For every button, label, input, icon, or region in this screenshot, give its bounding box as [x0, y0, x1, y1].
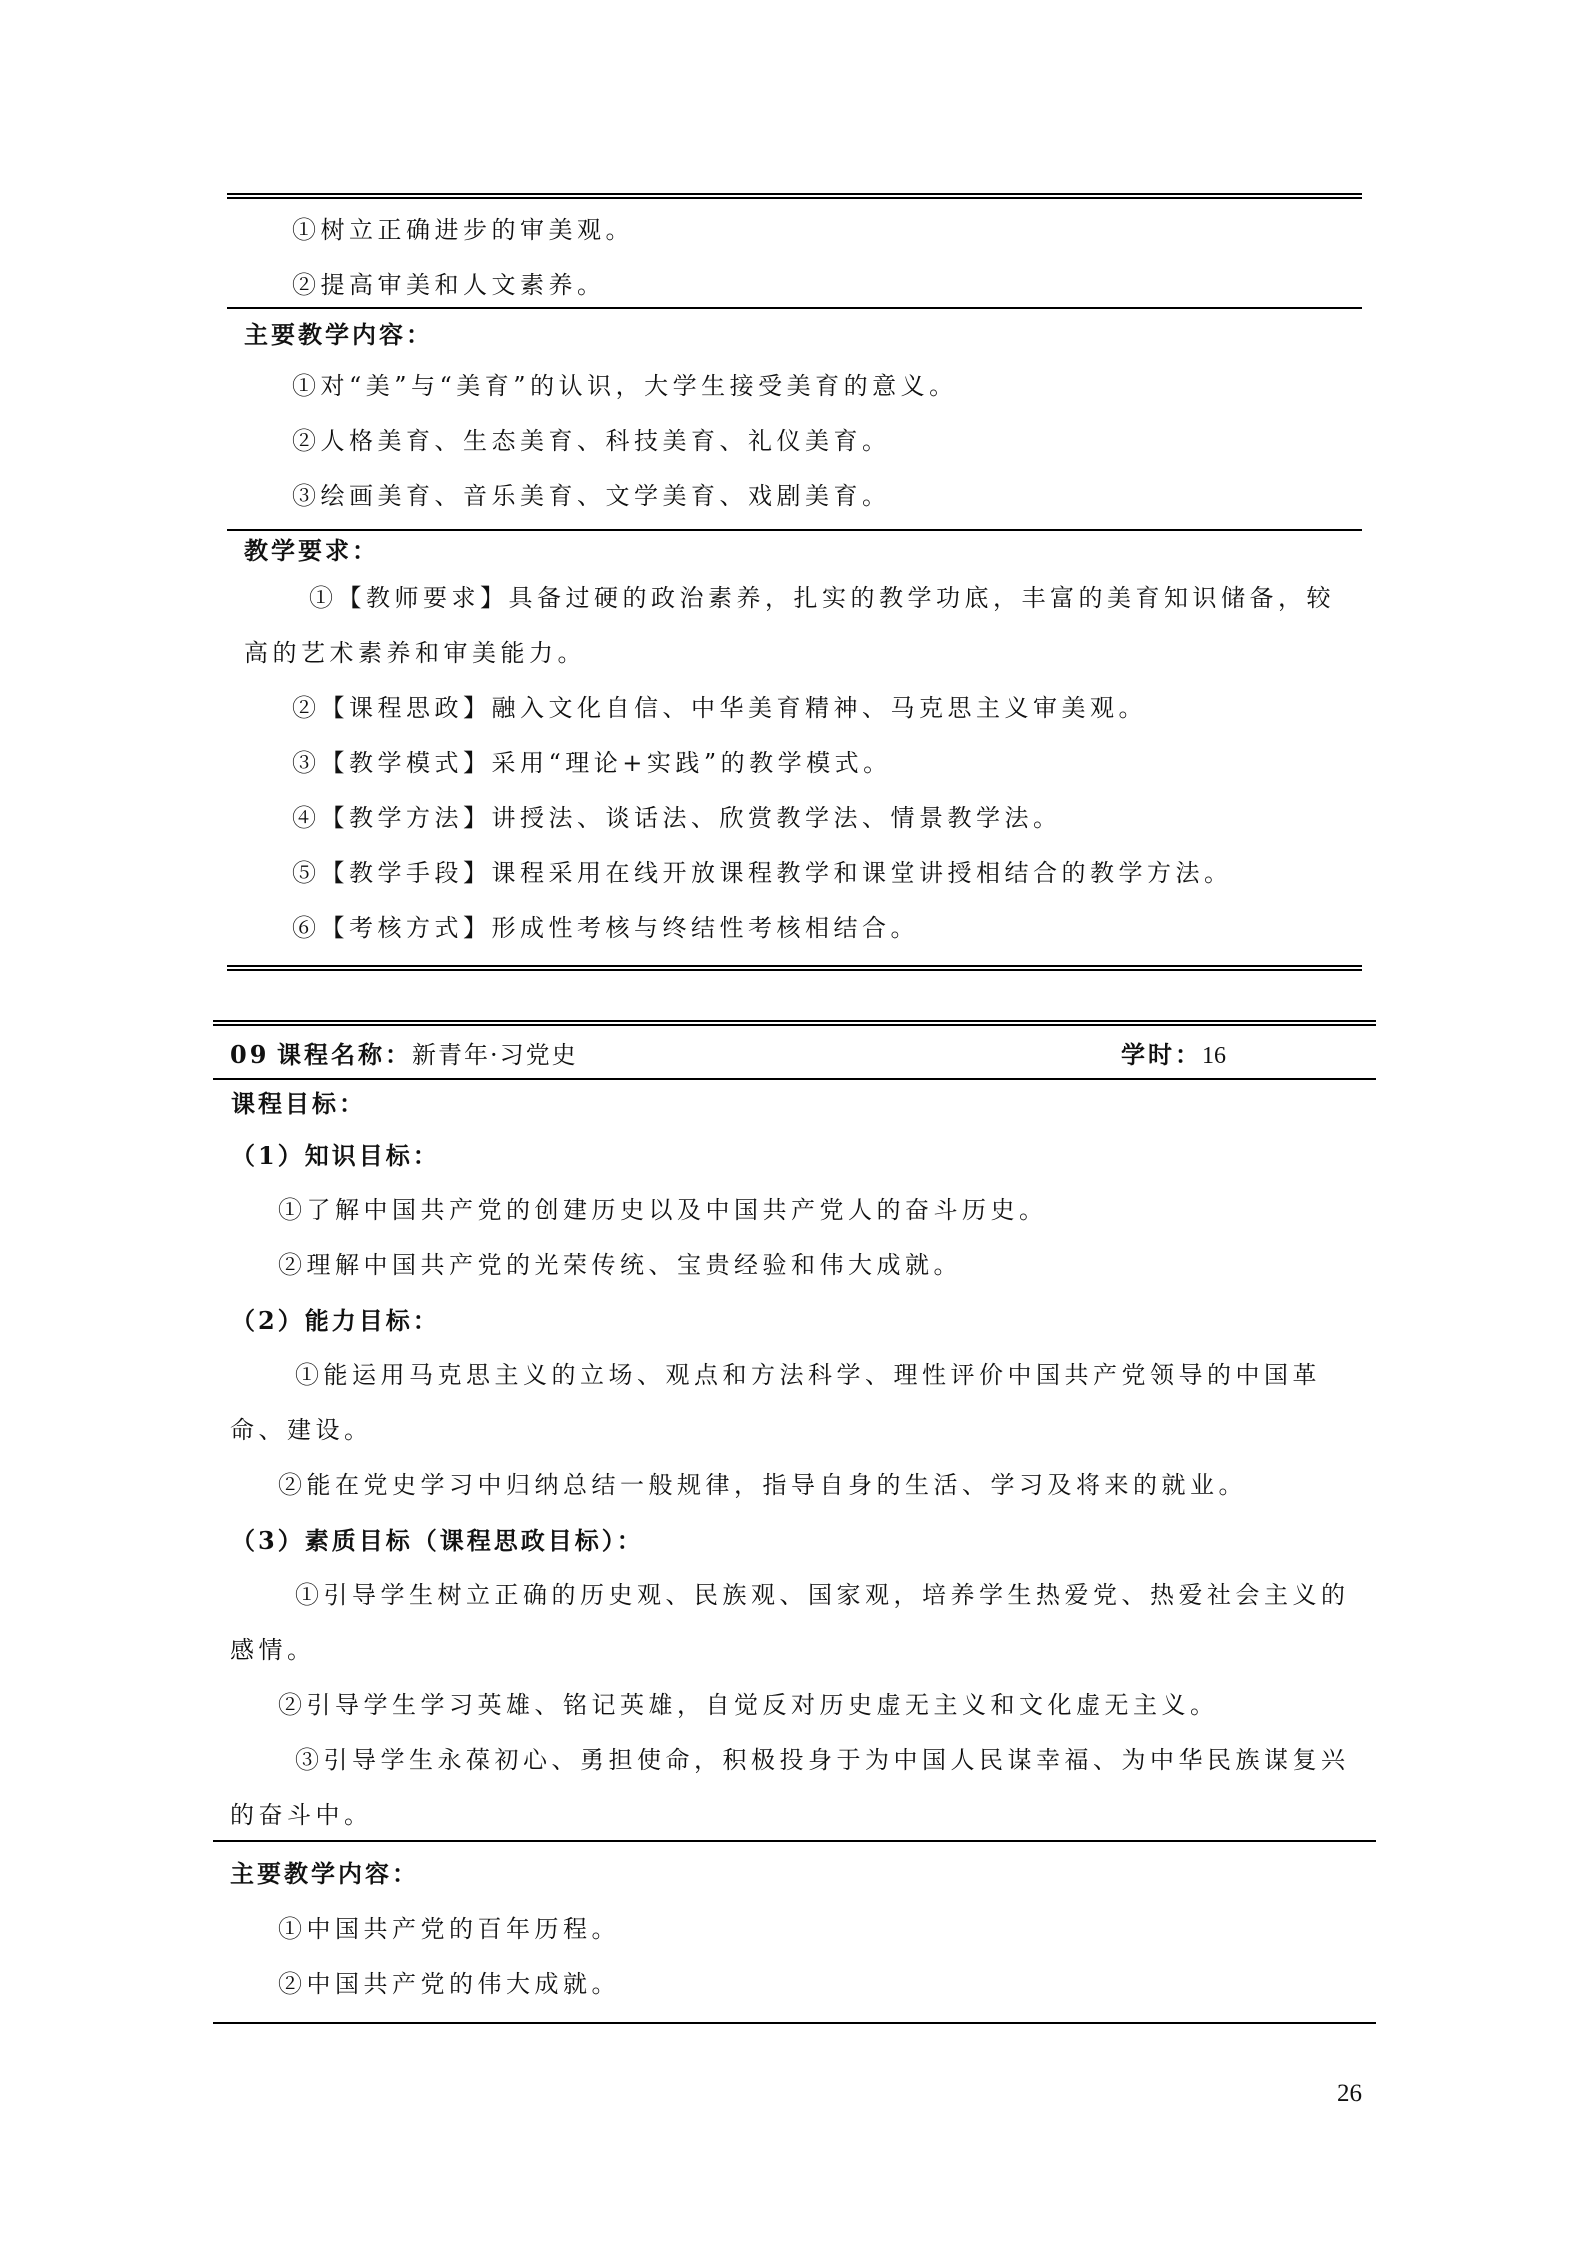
page-number: 26 — [1337, 2080, 1362, 2108]
course-09-table: 09 课程名称：新青年·习党史 学时：16 课程目标： （1）知识目标： ①了解… — [213, 1020, 1376, 2024]
ability-item: ①能运用马克思主义的立场、观点和方法科学、理性评价中国共产党领导的中国革命、建设… — [213, 1348, 1376, 1458]
requirement-item: ⑥【考核方式】形成性考核与终结性考核相结合。 — [227, 901, 1362, 956]
content-item: ③绘画美育、音乐美育、文学美育、戏剧美育。 — [227, 469, 1362, 524]
hours-label: 学时： — [1121, 1040, 1202, 1069]
knowledge-item: ②理解中国共产党的光荣传统、宝贵经验和伟大成就。 — [213, 1238, 1376, 1293]
requirements-section: 教学要求： ①【教师要求】具备过硬的政治素养，扎实的教学功底，丰富的美育知识储备… — [227, 531, 1362, 965]
course-name-value: 新青年·习党史 — [412, 1041, 578, 1069]
section-label: 教学要求： — [227, 531, 1362, 571]
knowledge-item: ①了解中国共产党的创建历史以及中国共产党人的奋斗历史。 — [213, 1183, 1376, 1238]
content-item: ①对“美”与“美育”的认识，大学生接受美育的意义。 — [227, 359, 1362, 414]
content-item: ②中国共产党的伟大成就。 — [213, 1957, 1376, 2012]
table-bottom-rule — [227, 965, 1362, 971]
hours-value: 16 — [1202, 1043, 1226, 1069]
course-08-table: ①树立正确进步的审美观。 ②提高审美和人文素养。 主要教学内容： ①对“美”与“… — [227, 193, 1362, 971]
quality-item: ①引导学生树立正确的历史观、民族观、国家观，培养学生热爱党、热爱社会主义的感情。 — [213, 1568, 1376, 1678]
quality-goal-item: ①树立正确进步的审美观。 — [227, 203, 1362, 258]
goals-section: 课程目标： （1）知识目标： ①了解中国共产党的创建历史以及中国共产党人的奋斗历… — [213, 1080, 1376, 1840]
content-section: 主要教学内容： ①中国共产党的百年历程。 ②中国共产党的伟大成就。 — [213, 1842, 1376, 2022]
requirement-item: ③【教学模式】采用“理论+实践”的教学模式。 — [227, 736, 1362, 791]
course-name-label: 课程名称： — [277, 1040, 412, 1069]
content-section: 主要教学内容： ①对“美”与“美育”的认识，大学生接受美育的意义。 ②人格美育、… — [227, 309, 1362, 529]
quality-item: ②引导学生学习英雄、铭记英雄，自觉反对历史虚无主义和文化虚无主义。 — [213, 1678, 1376, 1733]
quality-goals-section: ①树立正确进步的审美观。 ②提高审美和人文素养。 — [227, 199, 1362, 307]
goal-subheading: （2）能力目标： — [213, 1293, 1376, 1348]
goal-subheading: （1）知识目标： — [213, 1128, 1376, 1183]
content-item: ①中国共产党的百年历程。 — [213, 1902, 1376, 1957]
course-name: 09 课程名称：新青年·习党史 — [230, 1035, 578, 1070]
course-number: 09 — [230, 1040, 269, 1069]
content-item: ②人格美育、生态美育、科技美育、礼仪美育。 — [227, 414, 1362, 469]
course-header: 09 课程名称：新青年·习党史 学时：16 — [213, 1026, 1376, 1078]
course-hours: 学时：16 — [1121, 1035, 1376, 1070]
requirement-item: ①【教师要求】具备过硬的政治素养，扎实的教学功底，丰富的美育知识储备，较高的艺术… — [227, 571, 1362, 681]
table-bottom-rule — [213, 2022, 1376, 2024]
quality-goal-item: ②提高审美和人文素养。 — [227, 258, 1362, 313]
section-label: 课程目标： — [213, 1080, 1376, 1128]
quality-item: ③引导学生永葆初心、勇担使命，积极投身于为中国人民谋幸福、为中华民族谋复兴的奋斗… — [213, 1733, 1376, 1843]
goal-subheading: （3）素质目标（课程思政目标）： — [213, 1513, 1376, 1568]
section-label: 主要教学内容： — [213, 1846, 1376, 1902]
section-label: 主要教学内容： — [227, 311, 1362, 359]
ability-item: ②能在党史学习中归纳总结一般规律，指导自身的生活、学习及将来的就业。 — [213, 1458, 1376, 1513]
requirement-item: ⑤【教学手段】课程采用在线开放课程教学和课堂讲授相结合的教学方法。 — [227, 846, 1362, 901]
requirement-item: ②【课程思政】融入文化自信、中华美育精神、马克思主义审美观。 — [227, 681, 1362, 736]
requirement-item: ④【教学方法】讲授法、谈话法、欣赏教学法、情景教学法。 — [227, 791, 1362, 846]
